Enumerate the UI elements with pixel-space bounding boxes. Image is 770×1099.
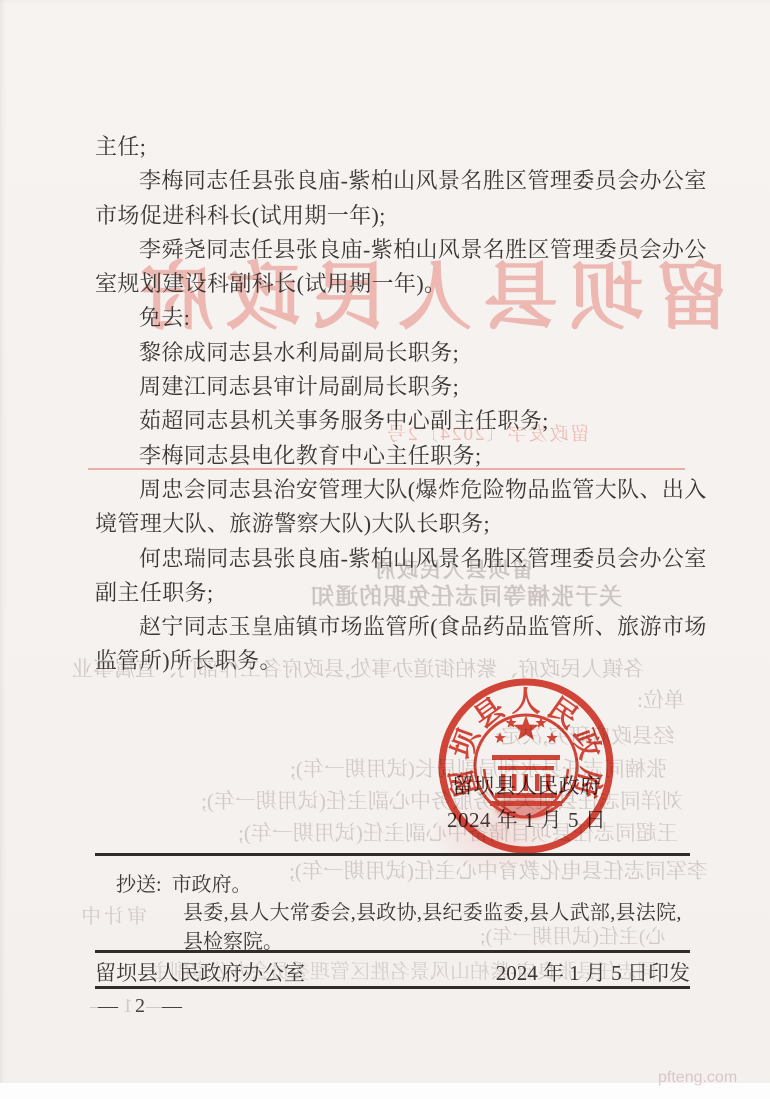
- body-line: 室规划建设科副科长(试用期一年)。: [95, 267, 695, 301]
- official-seal: 留坝县人民政府: [431, 671, 621, 861]
- page-number: — 2 —: [98, 995, 188, 1018]
- body-line: 何忠瑞同志县张良庙-紫柏山风景名胜区管理委员会办公室: [95, 542, 695, 576]
- seal-arc-char: 人: [511, 686, 540, 718]
- copy-to-line2: 县委,县人大常委会,县政协,县纪委监委,县人武部,县法院,: [183, 896, 682, 925]
- copy-to-line1: 市政府。: [172, 874, 252, 896]
- body-line: 李舜尧同志任县张良庙-紫柏山风景名胜区管理委员会办公: [95, 233, 695, 267]
- body-line: 市场促进科科长(试用期一年);: [95, 199, 695, 233]
- bleedthrough-text: 审计中: [78, 906, 147, 929]
- body-line: 李梅同志县电化教育中心主任职务;: [95, 439, 695, 473]
- watermark: pfteng.com: [658, 1069, 737, 1087]
- document-page: 留坝县人民政府留政发字〔2024〕2号留坝县人民政府关于张楠等同志任免职的通知各…: [0, 0, 770, 1099]
- body-line: 周忠会同志县治安管理大队(爆炸危险物品监管大队、出入: [95, 473, 695, 507]
- print-date: 2024 年 1 月 5 日印发: [496, 957, 690, 987]
- separator-line-top: [95, 853, 690, 856]
- copy-to-label: 抄送:: [116, 874, 162, 896]
- body-line: 赵宁同志玉皇庙镇市场监管所(食品药品监管所、旅游市场: [95, 610, 695, 644]
- body-line: 免去:: [95, 301, 695, 335]
- body-line: 黎徐成同志县水利局副局长职务;: [95, 336, 695, 370]
- body-line: 周建江同志县审计局副局长职务;: [95, 370, 695, 404]
- body-line: 副主任职务;: [95, 576, 695, 610]
- copy-to-row: 抄送:市政府。: [116, 868, 252, 897]
- bleedthrough-text: 心)主任(试用期一年);: [480, 926, 666, 949]
- scan-edge-strip: [0, 1083, 770, 1099]
- issuing-office-row: 留坝县人民政府办公室 2024 年 1 月 5 日印发: [95, 957, 690, 987]
- issuing-office: 留坝县人民政府办公室: [95, 957, 305, 987]
- body-line: 主任;: [95, 130, 695, 164]
- body-line: 境管理大队、旅游警察大队)大队长职务;: [95, 507, 695, 541]
- separator-line-bottom: [95, 986, 690, 989]
- body-line: 茹超同志县机关事务服务中心副主任职务;: [95, 404, 695, 438]
- bleedthrough-text: 单位:: [637, 688, 685, 712]
- document-body: 主任;李梅同志任县张良庙-紫柏山风景名胜区管理委员会办公室市场促进科科长(试用期…: [95, 130, 695, 679]
- separator-line-middle: [95, 950, 690, 953]
- body-line: 李梅同志任县张良庙-紫柏山风景名胜区管理委员会办公室: [95, 164, 695, 198]
- national-emblem-icon: [475, 715, 577, 819]
